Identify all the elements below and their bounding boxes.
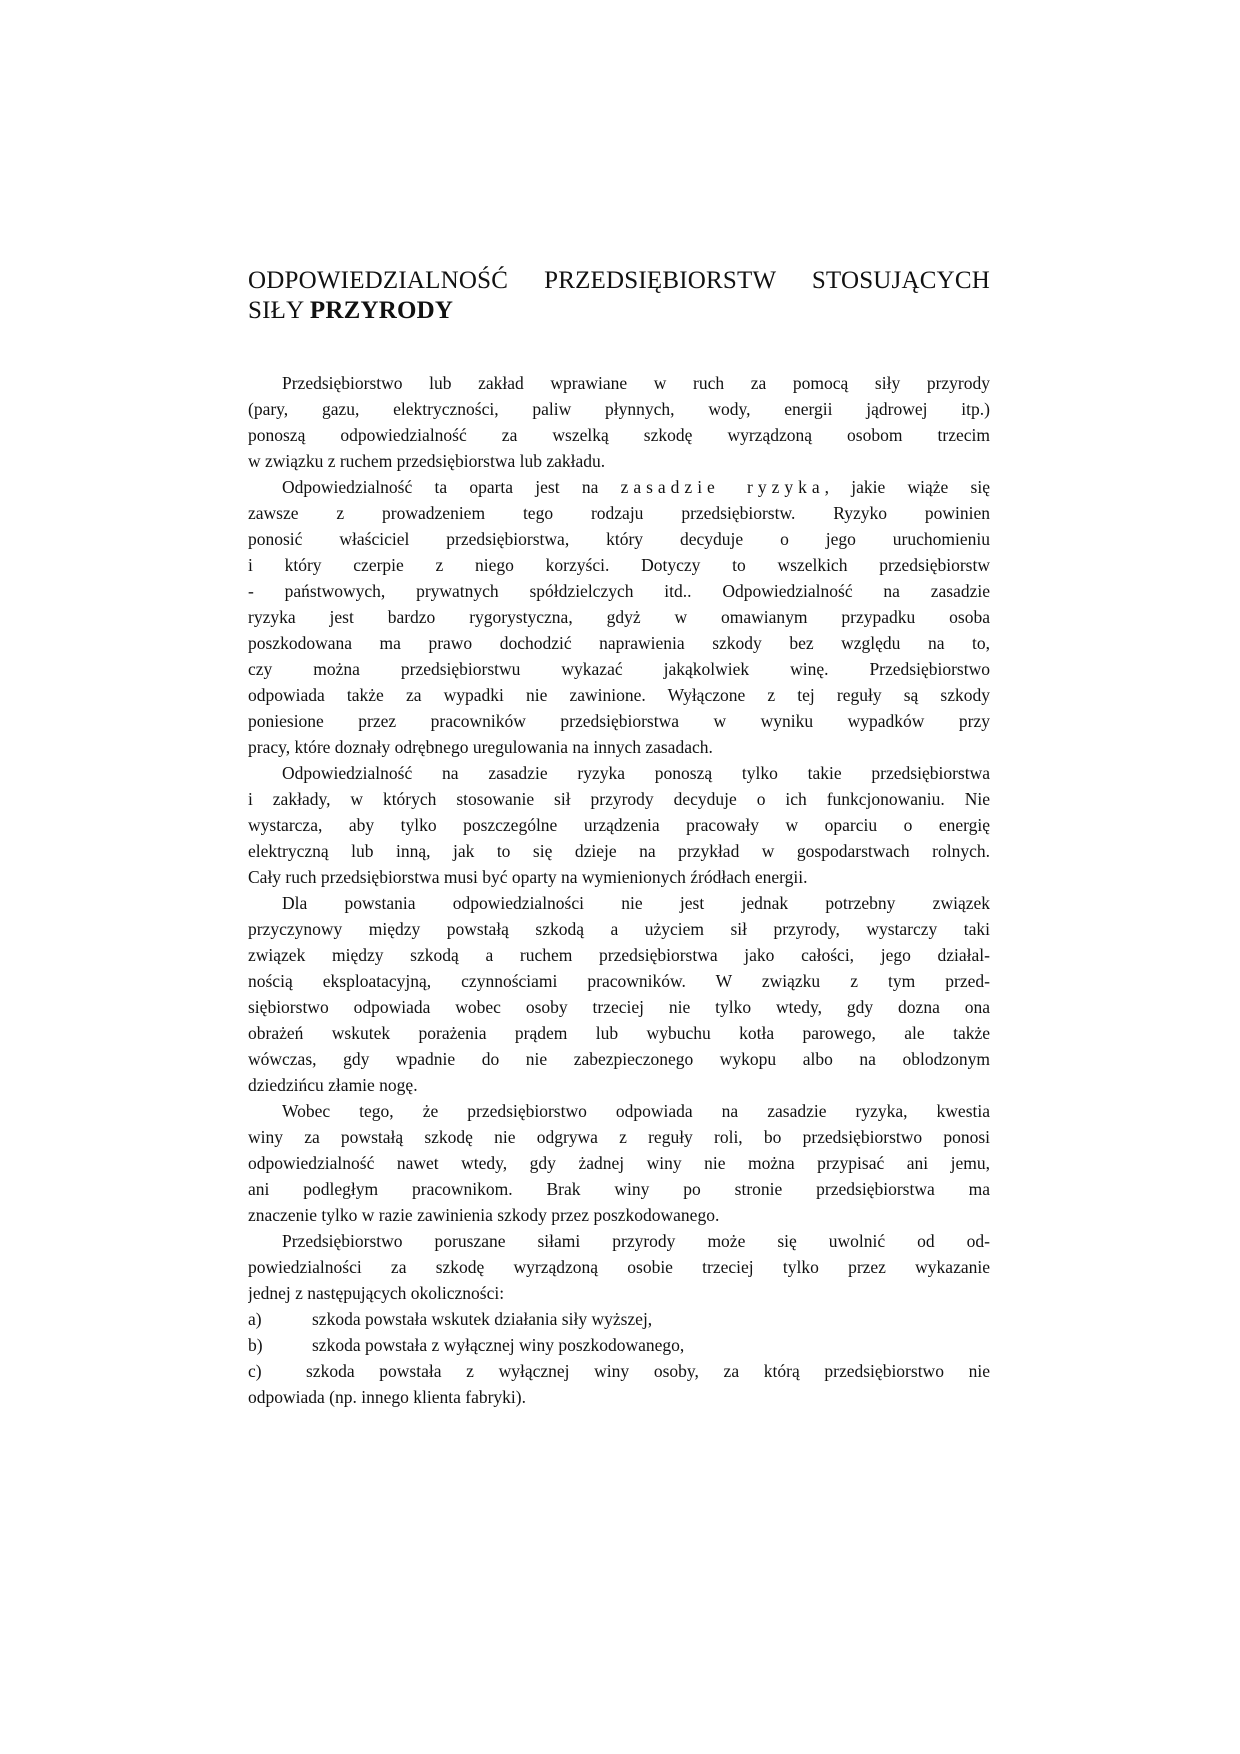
text-line: - państwowych, prywatnych spółdzielczych… xyxy=(248,578,990,604)
text-line: znaczenie tylko w razie zawinienia szkod… xyxy=(248,1202,990,1228)
text-line: dziedzińcu złamie nogę. xyxy=(248,1072,990,1098)
list-item-b: b) szkoda powstała z wyłącznej winy posz… xyxy=(248,1332,990,1358)
text-line: nością eksploatacyjną, czynnościami prac… xyxy=(248,968,990,994)
paragraph-3: Odpowiedzialność na zasadzie ryzyka pono… xyxy=(248,760,990,890)
paragraph-4: Dla powstania odpowiedzialności nie jest… xyxy=(248,890,990,1098)
list-item-a: a) szkoda powstała wskutek działania sił… xyxy=(248,1306,990,1332)
list-item-text: szkoda powstała wskutek działania siły w… xyxy=(312,1306,990,1332)
text-line: ryzyka jest bardzo rygorystyczna, gdyż w… xyxy=(248,604,990,630)
text-line: Wobec tego, że przedsiębiorstwo odpowiad… xyxy=(248,1098,990,1124)
circumstances-list: a) szkoda powstała wskutek działania sił… xyxy=(248,1306,990,1410)
text-line: pracy, które doznały odrębnego uregulowa… xyxy=(248,734,990,760)
text-line: powiedzialności za szkodę wyrządzoną oso… xyxy=(248,1254,990,1280)
text-line: poszkodowana ma prawo dochodzić naprawie… xyxy=(248,630,990,656)
emphasized-term: zasadzie ryzyka xyxy=(621,477,825,497)
text-line: Odpowiedzialność ta oparta jest na zasad… xyxy=(248,474,990,500)
title-line-2-regular: SIŁY xyxy=(248,297,310,324)
list-marker: b) xyxy=(248,1332,312,1358)
text-line: ponoszą odpowiedzialność za wszelką szko… xyxy=(248,422,990,448)
text-line: ani podległym pracownikom. Brak winy po … xyxy=(248,1176,990,1202)
text-line: poniesione przez pracowników przedsiębio… xyxy=(248,708,990,734)
text-line: Przedsiębiorstwo poruszane siłami przyro… xyxy=(248,1228,990,1254)
text-line: Odpowiedzialność na zasadzie ryzyka pono… xyxy=(248,760,990,786)
list-item-text: szkoda powstała z wyłącznej winy osoby, … xyxy=(306,1358,990,1384)
text-line: (pary, gazu, elektryczności, paliw płynn… xyxy=(248,396,990,422)
document-body: Przedsiębiorstwo lub zakład wprawiane w … xyxy=(248,370,990,1410)
text-line: Cały ruch przedsiębiorstwa musi być opar… xyxy=(248,864,990,890)
paragraph-1: Przedsiębiorstwo lub zakład wprawiane w … xyxy=(248,370,990,474)
text-line: i który czerpie z niego korzyści. Dotycz… xyxy=(248,552,990,578)
list-item-text: szkoda powstała z wyłącznej winy poszkod… xyxy=(312,1332,990,1358)
text-line: zawsze z prowadzeniem tego rodzaju przed… xyxy=(248,500,990,526)
text-line: obrażeń wskutek porażenia prądem lub wyb… xyxy=(248,1020,990,1046)
list-marker: c) xyxy=(248,1358,306,1384)
text-line: wówczas, gdy wpadnie do nie zabezpieczon… xyxy=(248,1046,990,1072)
document-title: ODPOWIEDZIALNOŚĆ PRZEDSIĘBIORSTW STOSUJĄ… xyxy=(248,266,990,326)
text-line: czy można przedsiębiorstwu wykazać jakąk… xyxy=(248,656,990,682)
text-line: odpowiada także za wypadki nie zawinione… xyxy=(248,682,990,708)
text-line: ponosić właściciel przedsiębiorstwa, któ… xyxy=(248,526,990,552)
list-marker: a) xyxy=(248,1306,312,1332)
text-line: odpowiedzialność nawet wtedy, gdy żadnej… xyxy=(248,1150,990,1176)
text-line: i zakłady, w których stosowanie sił przy… xyxy=(248,786,990,812)
text-line: wystarcza, aby tylko poszczególne urządz… xyxy=(248,812,990,838)
document-page: ODPOWIEDZIALNOŚĆ PRZEDSIĘBIORSTW STOSUJĄ… xyxy=(0,0,1240,1754)
title-line-1: ODPOWIEDZIALNOŚĆ PRZEDSIĘBIORSTW STOSUJĄ… xyxy=(248,266,990,296)
paragraph-2: Odpowiedzialność ta oparta jest na zasad… xyxy=(248,474,990,760)
text-line: elektryczną lub inną, jak to się dzieje … xyxy=(248,838,990,864)
text-line: Dla powstania odpowiedzialności nie jest… xyxy=(248,890,990,916)
title-line-2-bold: PRZYRODY xyxy=(310,297,453,324)
paragraph-6: Przedsiębiorstwo poruszane siłami przyro… xyxy=(248,1228,990,1306)
text-line: związek między szkodą a ruchem przedsięb… xyxy=(248,942,990,968)
text-line: przyczynowy między powstałą szkodą a uży… xyxy=(248,916,990,942)
text-line: jednej z następujących okoliczności: xyxy=(248,1280,990,1306)
paragraph-5: Wobec tego, że przedsiębiorstwo odpowiad… xyxy=(248,1098,990,1228)
title-line-2: SIŁY PRZYRODY xyxy=(248,296,990,326)
text-fragment: Odpowiedzialność ta oparta jest na xyxy=(282,477,621,497)
text-line: winy za powstałą szkodę nie odgrywa z re… xyxy=(248,1124,990,1150)
text-line: w związku z ruchem przedsiębiorstwa lub … xyxy=(248,448,990,474)
list-item-c: c) szkoda powstała z wyłącznej winy osob… xyxy=(248,1358,990,1384)
text-line: Przedsiębiorstwo lub zakład wprawiane w … xyxy=(248,370,990,396)
text-line: siębiorstwo odpowiada wobec osoby trzeci… xyxy=(248,994,990,1020)
list-item-c-continuation: odpowiada (np. innego klienta fabryki). xyxy=(248,1384,990,1410)
text-fragment: , jakie wiąże się xyxy=(825,477,990,497)
